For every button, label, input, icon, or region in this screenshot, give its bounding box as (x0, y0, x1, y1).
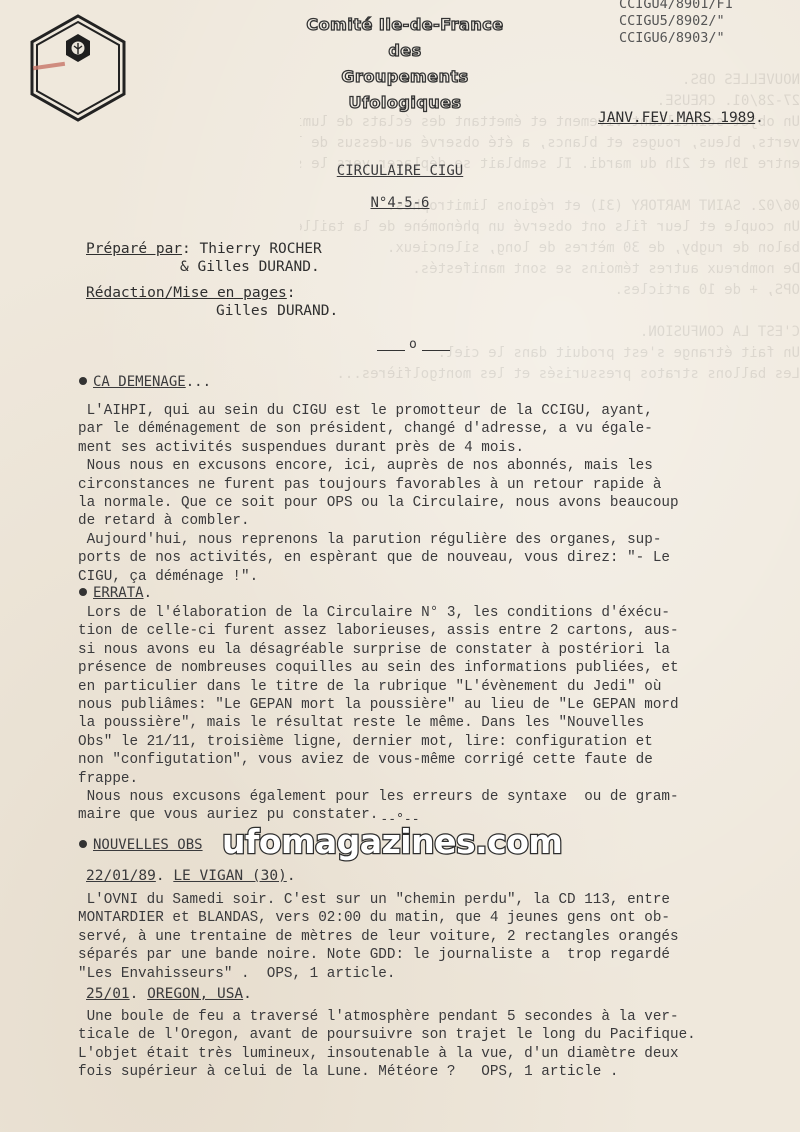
reference-2: CCIGU5/8902/" (619, 13, 733, 30)
paragraph-errata: Lors de l'élaboration de la Circulaire N… (78, 604, 790, 825)
section-heading-demenage: CA DEMENAGE... (79, 374, 211, 390)
issue-date-text: JANV.FEV.MARS 1989 (598, 110, 755, 126)
masthead-line-2: des (290, 38, 520, 64)
prepared-by-1: : Thierry ROCHER (182, 241, 322, 257)
prepared-by-2: & Gilles DURAND. (86, 258, 322, 276)
obs-entry-body-2: Une boule de feu a traversé l'atmosphère… (78, 1008, 790, 1082)
paragraph-demenage: L'AIHPI, qui au sein du CIGU est le prom… (78, 402, 790, 586)
prepared-label: Préparé par (86, 241, 182, 257)
circular-title: CIRCULAIRE CIGU (0, 163, 800, 179)
obs-entry-body-1: L'OVNI du Samedi soir. C'est sur un "che… (78, 891, 790, 983)
credits-prepared: Préparé par: Thierry ROCHER & Gilles DUR… (86, 240, 322, 276)
circular-number: N°4-5-6 (0, 195, 800, 211)
masthead-line-3: Groupements (290, 64, 520, 90)
masthead-line-4: Ufologiques (290, 90, 520, 116)
bullet-icon (79, 377, 87, 385)
organization-masthead: Comité Ile-de-France des Groupements Ufo… (290, 12, 520, 116)
issue-date: JANV.FEV.MARS 1989. (598, 110, 764, 126)
section-separator: o (377, 340, 453, 354)
masthead-line-1: Comité Ile-de-France (290, 12, 520, 38)
watermark: ufomagazines.com (222, 822, 562, 861)
document-references: CCIGU4/8901/F1 CCIGU5/8902/" CCIGU6/8903… (619, 0, 733, 47)
separator-mark: o (409, 337, 417, 352)
bullet-icon (79, 588, 87, 596)
obs-entry-heading-2: 25/01. OREGON, USA. (86, 986, 252, 1002)
credits-editing: Rédaction/Mise en pages: Gilles DURAND. (86, 284, 338, 320)
obs-entry-heading-1: 22/01/89. LE VIGAN (30). (86, 868, 296, 884)
editing-label: Rédaction/Mise en pages (86, 285, 287, 301)
circular-number-text: N°4-5-6 (370, 195, 429, 211)
issue-date-suffix: . (755, 110, 764, 126)
reference-1: CCIGU4/8901/F1 (619, 0, 733, 13)
reference-3: CCIGU6/8903/" (619, 30, 733, 47)
editing-by: Gilles DURAND. (86, 302, 338, 320)
section-heading-errata: ERRATA. (79, 585, 152, 601)
bullet-icon (79, 840, 87, 848)
section-heading-nouvelles: NOUVELLES OBS (79, 837, 203, 853)
